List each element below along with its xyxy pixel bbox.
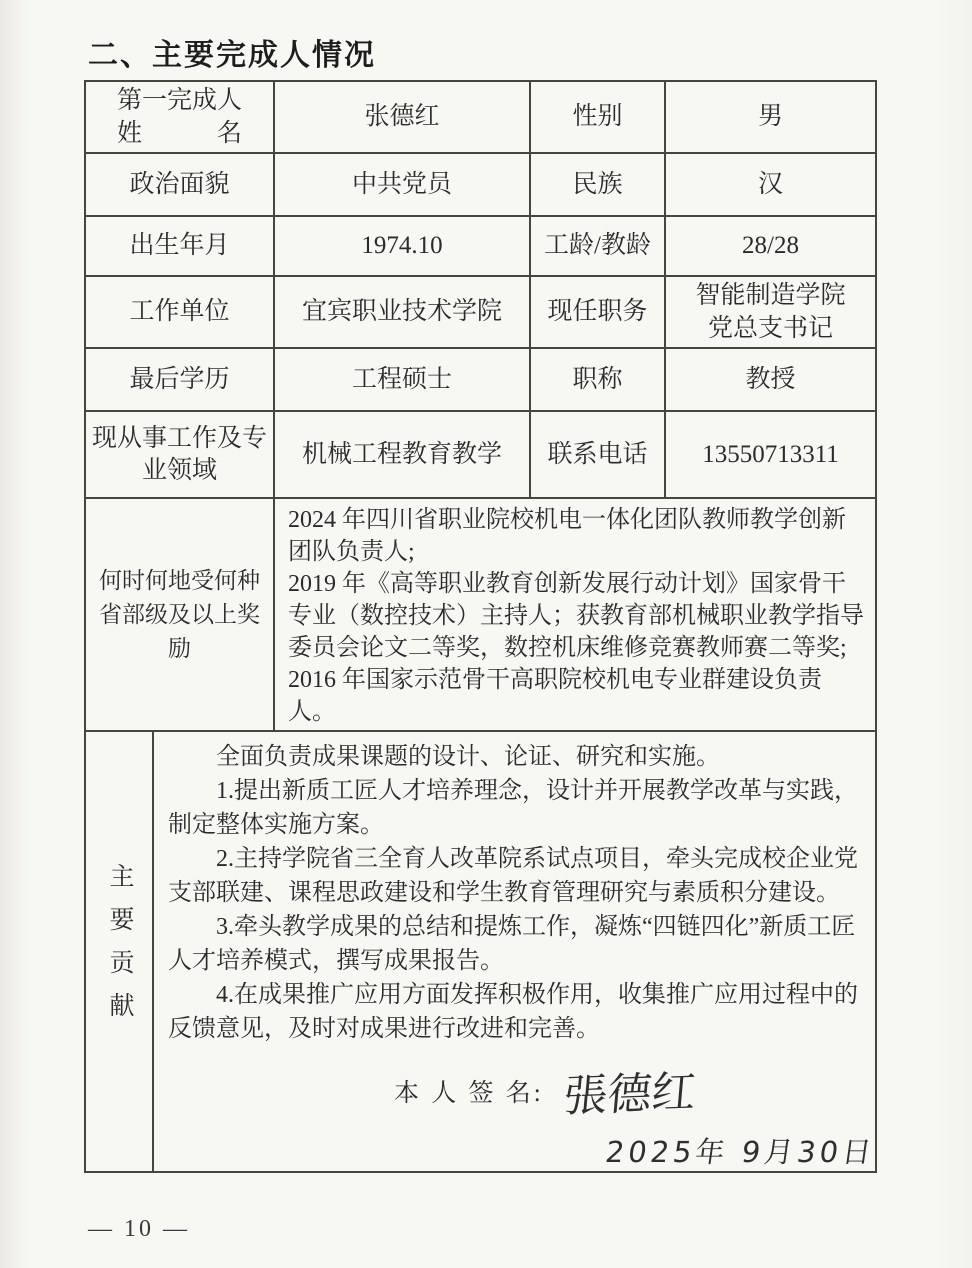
field-label-current-position: 现任职务 xyxy=(530,276,665,348)
field-label-education: 最后学历 xyxy=(85,348,274,411)
field-label-awards: 何时何地受何种 省部级及以上奖励 xyxy=(85,498,274,731)
label-line: 姓 名 xyxy=(90,117,269,150)
value-political-status: 中共党员 xyxy=(274,153,530,216)
signature-row: 本 人 签 名: 張德红 xyxy=(168,1058,863,1122)
signature-date-row: 2025年 9月30日 xyxy=(168,1130,863,1171)
field-label-gender: 性别 xyxy=(530,81,665,153)
contribution-paragraph: 1.提出新质工匠人才培养理念，设计并开展教学改革与实践，制定整体实施方案。 xyxy=(168,774,863,842)
table-row-main-contributions: 主要贡献 全面负责成果课题的设计、论证、研究和实施。 1.提出新质工匠人才培养理… xyxy=(85,731,876,1172)
vertical-label-text: 主要贡献 xyxy=(101,863,137,1035)
field-label-seniority: 工龄/教龄 xyxy=(530,216,665,276)
value-current-position: 智能制造学院 党总支书记 xyxy=(665,276,876,348)
table-row-birth-seniority: 出生年月 1974.10 工龄/教龄 28/28 xyxy=(85,216,876,276)
field-label-main-contributions: 主要贡献 xyxy=(85,731,153,1172)
signature-label: 本 人 签 名: xyxy=(394,1080,544,1107)
field-label-first-completer-name: 第一完成人 姓 名 xyxy=(85,81,274,153)
handwritten-date: 2025年 9月30日 xyxy=(603,1130,876,1171)
value-birth-date: 1974.10 xyxy=(274,216,530,276)
award-item: 2016 年国家示范骨干高职院校机电专业群建设负责人。 xyxy=(288,664,865,728)
value-current-work-field: 机械工程教育教学 xyxy=(274,411,530,498)
table-row-employer-position: 工作单位 宜宾职业技术学院 现任职务 智能制造学院 党总支书记 xyxy=(85,276,876,348)
field-label-employer: 工作单位 xyxy=(85,276,274,348)
table-row-awards: 何时何地受何种 省部级及以上奖励 2024 年四川省职业院校机电一体化团队教师教… xyxy=(85,498,876,731)
value-name: 张德红 xyxy=(274,81,530,153)
value-education: 工程硕士 xyxy=(274,348,530,411)
field-label-phone: 联系电话 xyxy=(530,411,665,498)
contribution-paragraph: 3.牵头教学成果的总结和提炼工作，凝炼“四链四化”新质工匠人才培养模式，撰写成果… xyxy=(168,910,863,978)
value-gender: 男 xyxy=(665,81,876,153)
field-label-professional-title: 职称 xyxy=(530,348,665,411)
value-seniority: 28/28 xyxy=(665,216,876,276)
contribution-paragraph: 4.在成果推广应用方面发挥积极作用，收集推广应用过程中的反馈意见，及时对成果进行… xyxy=(168,978,863,1046)
completer-info-table: 第一完成人 姓 名 张德红 性别 男 政治面貌 中共党员 民族 汉 出生年月 1… xyxy=(84,80,877,1173)
page-number: — 10 — xyxy=(88,1216,190,1243)
award-item: 2019 年《高等职业教育创新发展行动计划》国家骨干专业（数控技术）主持人；获教… xyxy=(288,568,865,664)
table-row-field-phone: 现从事工作及专业领域 机械工程教育教学 联系电话 13550713311 xyxy=(85,411,876,498)
label-line: 何时何地受何种 xyxy=(90,564,269,598)
section-title: 二、主要完成人情况 xyxy=(88,30,376,74)
field-label-ethnicity: 民族 xyxy=(530,153,665,216)
award-item: 2024 年四川省职业院校机电一体化团队教师教学创新团队负责人; xyxy=(288,504,865,568)
document-page: 二、主要完成人情况 第一完成人 姓 名 张德红 性别 男 政治面貌 中共党员 民… xyxy=(0,0,972,1268)
value-ethnicity: 汉 xyxy=(665,153,876,216)
label-line: 省部级及以上奖励 xyxy=(90,598,269,666)
table-row-name-gender: 第一完成人 姓 名 张德红 性别 男 xyxy=(85,81,876,153)
table-row-politics-ethnicity: 政治面貌 中共党员 民族 汉 xyxy=(85,153,876,216)
value-awards: 2024 年四川省职业院校机电一体化团队教师教学创新团队负责人; 2019 年《… xyxy=(274,498,876,731)
field-label-political-status: 政治面貌 xyxy=(85,153,274,216)
field-label-current-work-field: 现从事工作及专业领域 xyxy=(85,411,274,498)
table-row-education-title: 最后学历 工程硕士 职称 教授 xyxy=(85,348,876,411)
value-employer: 宜宾职业技术学院 xyxy=(274,276,530,348)
value-main-contributions: 全面负责成果课题的设计、论证、研究和实施。 1.提出新质工匠人才培养理念，设计并… xyxy=(153,731,876,1172)
contribution-paragraph: 全面负责成果课题的设计、论证、研究和实施。 xyxy=(168,740,863,774)
value-professional-title: 教授 xyxy=(665,348,876,411)
contribution-paragraph: 2.主持学院省三全育人改革院系试点项目，牵头完成校企业党支部联建、课程思政建设和… xyxy=(168,842,863,910)
value-line: 党总支书记 xyxy=(670,312,871,345)
value-line: 智能制造学院 xyxy=(670,279,871,312)
value-phone: 13550713311 xyxy=(665,411,876,498)
field-label-birth-date: 出生年月 xyxy=(85,216,274,276)
handwritten-signature: 張德红 xyxy=(561,1056,699,1125)
label-line: 第一完成人 xyxy=(90,84,269,117)
